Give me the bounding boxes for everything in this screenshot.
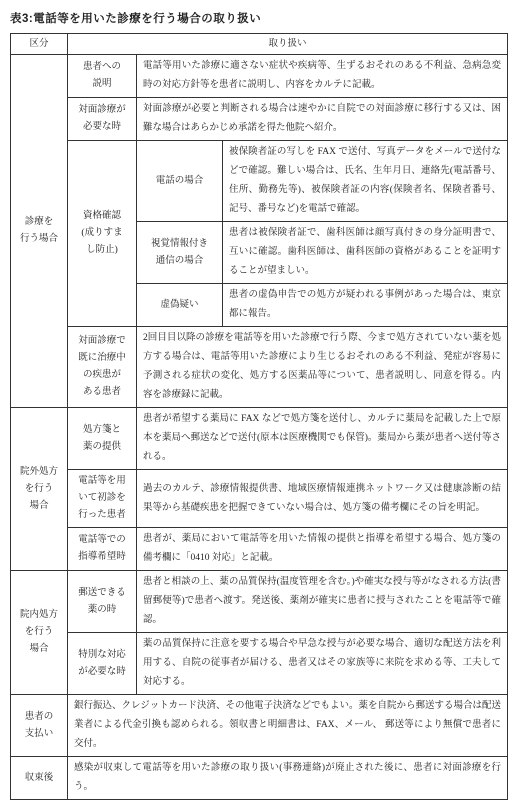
subrow-label: 視覚情報付き 通信の場合: [137, 222, 223, 284]
handling-table: 区分 取り扱い 診療を 行う場合 患者への 説明 電話等用いた診療に適さない症状…: [10, 33, 508, 800]
row-content: 患者と相談の上、薬の品質保持(温度管理を含む。)や確実な授与等がなされる方法(書…: [137, 571, 508, 633]
table-row: 電話等を用 いて初診を 行った患者 過去のカルテ、診療情報提供書、地域医療情報連…: [11, 470, 508, 528]
row-label-shikaku: 資格確認 (成りすま し防止): [68, 141, 137, 327]
page-title: 表3:電話等を用いた診療を行う場合の取り扱い: [10, 10, 519, 26]
table-row: 患者の 支払い 銀行振込、クレジットカード決済、その他電子決済などでもよい。薬を…: [11, 695, 508, 757]
row-label: 患者への 説明: [68, 55, 137, 98]
table-row: 特別な対応 が必要な時 薬の品質保持に注意を要する場合や早急な授与が必要な場合、…: [11, 633, 508, 695]
header-toriatsukai-cell: 取り扱い: [68, 34, 508, 55]
subrow-content: 被保険者証の写しを FAX で送付、写真データをメールで送付などで確認。難しい場…: [223, 141, 508, 222]
simple-row-label: 収束後: [11, 757, 68, 800]
group-shinryo-label: 診療を 行う場合: [11, 55, 68, 408]
table-row: 資格確認 (成りすま し防止) 電話の場合 被保険者証の写しを FAX で送付、…: [11, 141, 508, 222]
table-row: 対面診療が 必要な時 対面診療が必要と判断される場合は速やかに自院での対面診療に…: [11, 98, 508, 141]
header-row: 区分 取り扱い: [11, 34, 508, 55]
row-label: 処方箋と 薬の提供: [68, 408, 137, 470]
row-content: 対面診療が必要と判断される場合は速やかに自院での対面診療に移行する又は、困難な場…: [137, 98, 508, 141]
row-content: 薬の品質保持に注意を要する場合や早急な授与が必要な場合、適切な配送方法を利用する…: [137, 633, 508, 695]
subrow-content: 患者は被保険者証で、歯科医師は顔写真付きの身分証明書で、互いに確認。歯科医師は、…: [223, 222, 508, 284]
simple-row-content: 銀行振込、クレジットカード決済、その他電子決済などでもよい。薬を自院から郵送する…: [68, 695, 508, 757]
simple-row-label: 患者の 支払い: [11, 695, 68, 757]
row-label: 対面診療で 既に治療中 の疾患が ある患者: [68, 327, 137, 408]
table-row: 電話等での 指導希望時 患者が、薬局において電話等を用いた情報の提供と指導を希望…: [11, 528, 508, 571]
row-label: 郵送できる 薬の時: [68, 571, 137, 633]
document-page: 表3:電話等を用いた診療を行う場合の取り扱い 区分 取り扱い 診療を 行う場合 …: [0, 0, 519, 665]
simple-row-content: 感染が収束して電話等を用いた診療の取り扱い(事務連絡)が廃止された後に、患者に対…: [68, 757, 508, 800]
table-row: 院外処方 を行う 場合 処方箋と 薬の提供 患者が希望する薬局に FAX などで…: [11, 408, 508, 470]
row-content: 患者が、薬局において電話等を用いた情報の提供と指導を希望する場合、処方箋の備考欄…: [137, 528, 508, 571]
group-ingai-label: 院外処方 を行う 場合: [11, 408, 68, 571]
row-label: 特別な対応 が必要な時: [68, 633, 137, 695]
table-row: 院内処方 を行う 場合 郵送できる 薬の時 患者と相談の上、薬の品質保持(温度管…: [11, 571, 508, 633]
row-label: 電話等での 指導希望時: [68, 528, 137, 571]
subrow-label: 電話の場合: [137, 141, 223, 222]
row-label: 対面診療が 必要な時: [68, 98, 137, 141]
table-row: 収束後 感染が収束して電話等を用いた診療の取り扱い(事務連絡)が廃止された後に、…: [11, 757, 508, 800]
table-row: 診療を 行う場合 患者への 説明 電話等用いた診療に適さない症状や疾病等、生ずる…: [11, 55, 508, 98]
table-row: 対面診療で 既に治療中 の疾患が ある患者 2回目目以降の診療を電話等を用いた診…: [11, 327, 508, 408]
subrow-content: 患者の虚偽申告での処方が疑われる事例があった場合は、東京都に報告。: [223, 284, 508, 327]
row-content: 過去のカルテ、診療情報提供書、地域医療情報連携ネットワーク又は健康診断の結果等か…: [137, 470, 508, 528]
row-content: 2回目目以降の診療を電話等を用いた診療で行う際、今まで処方されていない薬を処方す…: [137, 327, 508, 408]
row-label: 電話等を用 いて初診を 行った患者: [68, 470, 137, 528]
group-innai-label: 院内処方 を行う 場合: [11, 571, 68, 695]
row-content: 電話等用いた診療に適さない症状や疾病等、生ずるおそれのある不利益、急病急変時の対…: [137, 55, 508, 98]
subrow-label: 虚偽疑い: [137, 284, 223, 327]
header-kubun-cell: 区分: [11, 34, 68, 55]
row-content: 患者が希望する薬局に FAX などで処方箋を送付し、カルテに薬局を記載した上で原…: [137, 408, 508, 470]
